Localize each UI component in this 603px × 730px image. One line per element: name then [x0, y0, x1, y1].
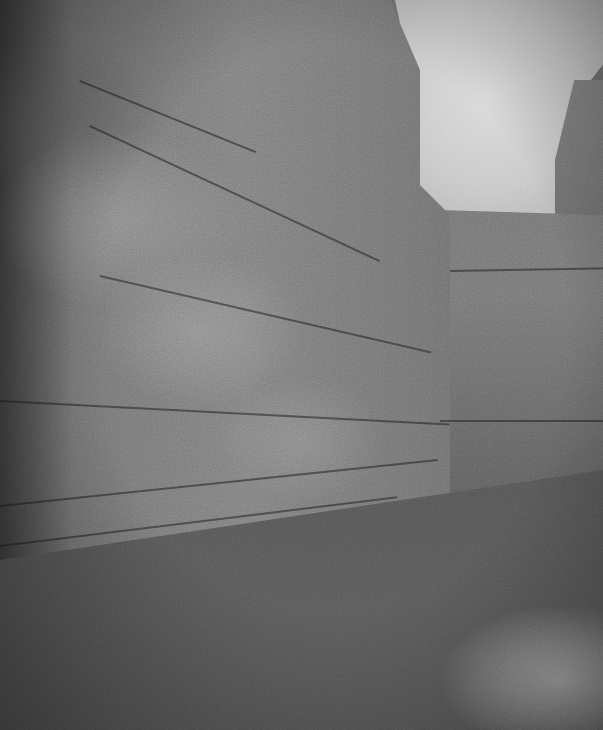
photograph	[0, 0, 603, 730]
vignette	[0, 0, 603, 730]
